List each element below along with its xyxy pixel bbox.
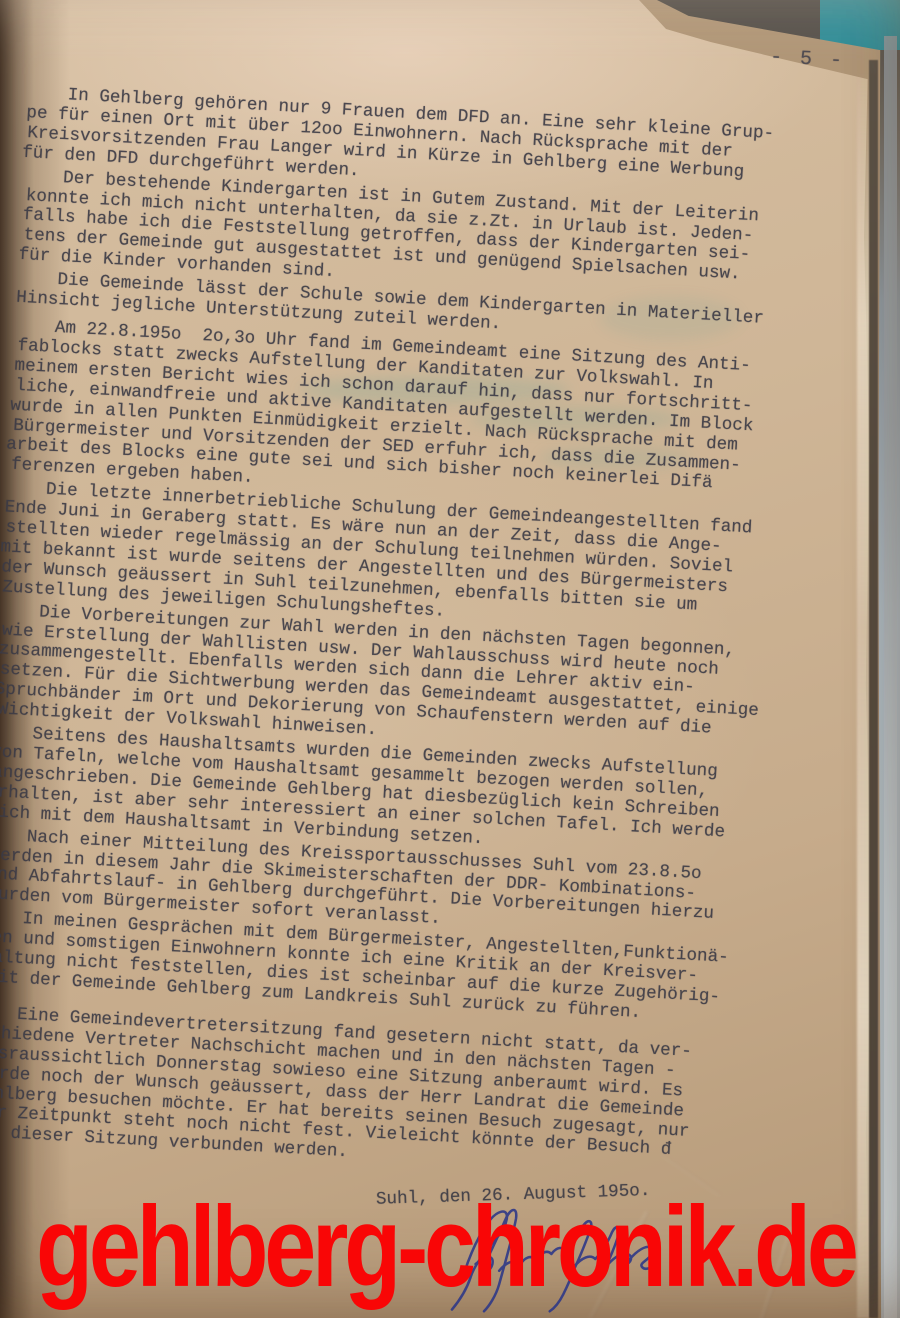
typed-text: In Gehlberg gehören nur 9 Frauen dem DFD…: [0, 84, 845, 1233]
page-edge-shadow: [869, 60, 878, 1318]
page-number: - 5 -: [769, 46, 845, 73]
book-edge-strip: [884, 36, 897, 1318]
scanned-document-photo: - 5 - In Gehlberg gehören nur 9 Frauen d…: [0, 0, 900, 1318]
watermark: gehlberg-chronik.de: [36, 1191, 855, 1305]
paragraph: Eine Gemeindevertretersitzung fand geset…: [0, 1003, 794, 1187]
